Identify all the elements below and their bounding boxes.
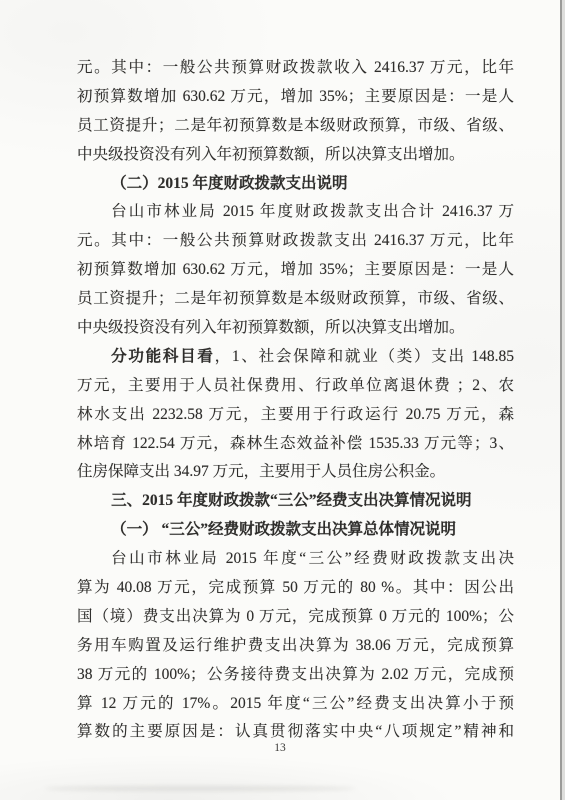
text-line-14: 林培育 122.54 万元，森林生态效益补偿 1535.33 万元等；3、 xyxy=(77,430,514,459)
scanned-page: 元。其中：一般公共预算财政拨款收入 2416.37 万元，比年初预算数增加 63… xyxy=(0,0,565,800)
text-line-2: 初预算数增加 630.62 万元，增加 35%；主要原因是：一是人 xyxy=(77,83,514,112)
text-line-4: 中央级投资没有列入年初预算数额，所以决算支出增加。 xyxy=(77,141,514,170)
scan-smudge xyxy=(45,786,355,791)
text-line-19: 算为 40.08 万元，完成预算 50 万元的 80 %。其中：因公出 xyxy=(77,574,514,603)
text-line-13: 林水支出 2232.58 万元，主要用于行政运行 20.75 万元，森 xyxy=(77,401,514,430)
text-line-6: 台山市林业局 2015 年度财政拨款支出合计 2416.37 万 xyxy=(77,198,514,227)
text-line-16: 三、2015 年度财政拨款“三公”经费支出决算情况说明 xyxy=(77,487,514,516)
scan-edge-line xyxy=(560,0,562,800)
text-line-20: 国（境）费支出决算为 0 万元，完成预算 0 万元的 100%；公 xyxy=(77,603,514,632)
document-body: 元。其中：一般公共预算财政拨款收入 2416.37 万元，比年初预算数增加 63… xyxy=(77,54,514,747)
text-line-3: 员工资提升；二是年初预算数是本级财政预算，市级、省级、 xyxy=(77,112,514,141)
text-line-7: 元。其中：一般公共预算财政拨款支出 2416.37 万元，比年 xyxy=(77,227,514,256)
text-line-12: 万元，主要用于人员社保费用、行政单位离退休费 ；2、农 xyxy=(77,372,514,401)
text-line-23: 算 12 万元的 17%。2015 年度“三公”经费支出决算小于预 xyxy=(77,690,514,719)
text-line-8: 初预算数增加 630.62 万元，增加 35%；主要原因是：一是人 xyxy=(77,256,514,285)
text-line-21: 务用车购置及运行维护费支出决算为 38.06 万元，完成预算 xyxy=(77,632,514,661)
text-line-11: 分功能科目看，1、社会保障和就业（类）支出 148.85 xyxy=(77,343,514,372)
text-line-9: 员工资提升；二是年初预算数是本级财政预算，市级、省级、 xyxy=(77,285,514,314)
text-line-1: 元。其中：一般公共预算财政拨款收入 2416.37 万元，比年 xyxy=(77,54,514,83)
text-line-5: （二）2015 年度财政拨款支出说明 xyxy=(77,170,514,199)
text-line-17: （一） “三公”经费财政拨款支出决算总体情况说明 xyxy=(77,516,514,545)
text-line-22: 38 万元的 100%；公务接待费支出决算为 2.02 万元，完成预 xyxy=(77,661,514,690)
text-line-15: 住房保障支出 34.97 万元，主要用于人员住房公积金。 xyxy=(77,458,514,487)
text-line-10: 中央级投资没有列入年初预算数额，所以决算支出增加。 xyxy=(77,314,514,343)
page-number: 13 xyxy=(0,742,560,754)
text-line-18: 台山市林业局 2015 年度“三公”经费财政拨款支出决 xyxy=(77,545,514,574)
bold-run: 分功能科目看 xyxy=(111,348,215,365)
